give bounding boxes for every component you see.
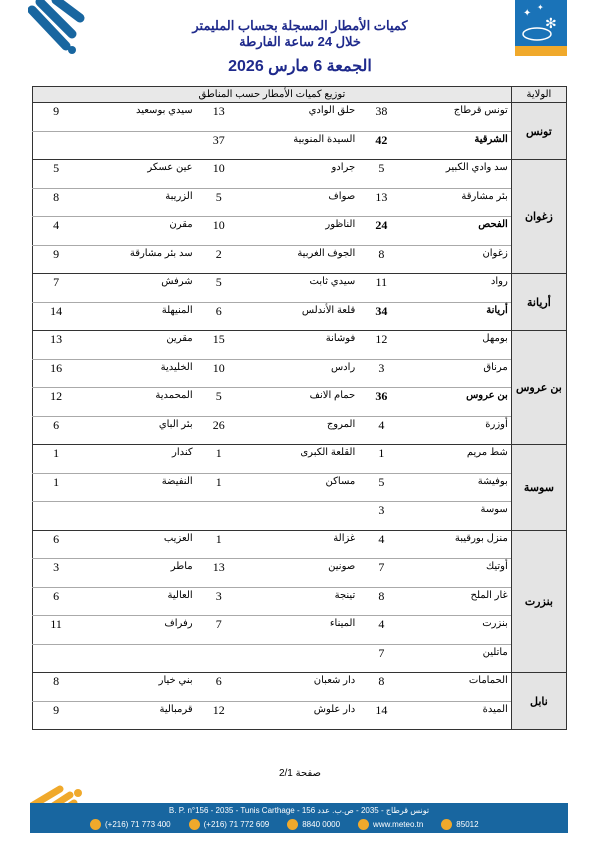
- table-row: أوتيك7صونين13ماطر3: [33, 559, 567, 588]
- station-name: بني خيار: [79, 673, 195, 702]
- station-name: الحمامات: [404, 673, 511, 702]
- station-name: بئر مشارقة: [404, 188, 511, 217]
- rainfall-value: 10: [196, 359, 242, 388]
- phone-icon: [90, 819, 101, 830]
- governorate-cell: زغوان: [511, 160, 566, 274]
- station-name: سيدي ثابت: [242, 274, 358, 303]
- governorate-cell: بنزرت: [511, 530, 566, 673]
- rainfall-value: 5: [358, 473, 404, 502]
- distribution-column-header: توزيع كميات الأمطار حسب المناطق: [33, 87, 512, 103]
- svg-text:✦: ✦: [523, 8, 531, 19]
- rainfall-value: 3: [358, 359, 404, 388]
- station-name: سوسة: [404, 502, 511, 531]
- table-row: غار الملح8تينجة3العالية6: [33, 587, 567, 616]
- rainfall-value: 42: [358, 131, 404, 160]
- rainfall-value: 16: [33, 359, 80, 388]
- rainfall-value: 8: [358, 245, 404, 274]
- station-name: الخليدية: [79, 359, 195, 388]
- contact-hotline: 8840 0000: [287, 819, 340, 830]
- fax-icon: [189, 819, 200, 830]
- station-name: الناظور: [242, 217, 358, 246]
- contact-website[interactable]: www.meteo.tn: [358, 819, 423, 830]
- rainfall-value: 5: [196, 274, 242, 303]
- rainfall-value: 38: [358, 103, 404, 132]
- table-row: سوسةشط مريم1القلعة الكبرى1كندار1: [33, 445, 567, 474]
- station-name: دار شعبان: [242, 673, 358, 702]
- rainfall-value: 12: [33, 388, 80, 417]
- station-name: شرفش: [79, 274, 195, 303]
- station-name: بن عروس: [404, 388, 511, 417]
- station-name: القلعة الكبرى: [242, 445, 358, 474]
- table-row: تونستونس قرطاج38حلق الوادي13سيدي بوسعيد9: [33, 103, 567, 132]
- contact-fax: (+216) 71 772 609: [189, 819, 270, 830]
- rainfall-value: 1: [33, 473, 80, 502]
- governorate-cell: أريانة: [511, 274, 566, 331]
- rainfall-value: 1: [33, 445, 80, 474]
- rainfall-value: 6: [33, 587, 80, 616]
- station-name: قلعة الأندلس: [242, 302, 358, 331]
- rainfall-value: 7: [358, 644, 404, 673]
- governorate-cell: بن عروس: [511, 331, 566, 445]
- rainfall-value: 4: [358, 530, 404, 559]
- station-name: بنزرت: [404, 616, 511, 645]
- rainfall-value: 13: [358, 188, 404, 217]
- document-title: كميات الأمطار المسجلة بحساب المليمتر خلا…: [150, 18, 450, 50]
- table-row: أريانة34قلعة الأندلس6المنيهلة14: [33, 302, 567, 331]
- table-row: سوسة3: [33, 502, 567, 531]
- station-name: كندار: [79, 445, 195, 474]
- table-row: مرناق3رادس10الخليدية16: [33, 359, 567, 388]
- station-name: حمام الانف: [242, 388, 358, 417]
- station-name: الميدة: [404, 701, 511, 730]
- table-row: زغوان8الجوف الغربية2سد بئر مشارقة9: [33, 245, 567, 274]
- rainfall-value: 13: [196, 559, 242, 588]
- station-name: غار الملح: [404, 587, 511, 616]
- rainfall-value: 8: [33, 673, 80, 702]
- station-name: [242, 502, 358, 531]
- station-name: تينجة: [242, 587, 358, 616]
- table-row: أريانةرواد11سيدي ثابت5شرفش7: [33, 274, 567, 303]
- station-name: بئر الباي: [79, 416, 195, 445]
- governorate-cell: تونس: [511, 103, 566, 160]
- station-name: صونين: [242, 559, 358, 588]
- rainfall-value: 15: [196, 331, 242, 360]
- station-name: بوفيشة: [404, 473, 511, 502]
- rainfall-table: الولاية توزيع كميات الأمطار حسب المناطق …: [32, 86, 567, 730]
- station-name: الميناء: [242, 616, 358, 645]
- station-name: مقرين: [79, 331, 195, 360]
- station-name: ماتلين: [404, 644, 511, 673]
- station-name: بومهل: [404, 331, 511, 360]
- rainfall-value: 14: [358, 701, 404, 730]
- rainfall-value: 5: [196, 188, 242, 217]
- rainfall-value: 6: [33, 416, 80, 445]
- rainfall-value: 9: [33, 103, 80, 132]
- rainfall-value: 10: [196, 217, 242, 246]
- rainfall-value: 5: [358, 160, 404, 189]
- station-name: السيدة المنوبية: [242, 131, 358, 160]
- station-name: المروج: [242, 416, 358, 445]
- rainfall-value: 5: [196, 388, 242, 417]
- hotline-icon: [287, 819, 298, 830]
- rainfall-value: 37: [196, 131, 242, 160]
- station-name: أوزرة: [404, 416, 511, 445]
- station-name: غزالة: [242, 530, 358, 559]
- rainfall-value: 3: [33, 559, 80, 588]
- station-name: رواد: [404, 274, 511, 303]
- table-row: بنزرتمنزل بورقيبة4غزالة1العزيب6: [33, 530, 567, 559]
- governorate-column-header: الولاية: [511, 87, 566, 103]
- rainfall-value: [33, 131, 80, 160]
- rainfall-value: 8: [33, 188, 80, 217]
- station-name: جرادو: [242, 160, 358, 189]
- station-name: تونس قرطاج: [404, 103, 511, 132]
- svg-text:✦: ✦: [537, 3, 544, 12]
- report-date: الجمعة 6 مارس 2026: [150, 56, 450, 76]
- table-row: بوفيشة5مساكن1النفيضة1: [33, 473, 567, 502]
- station-name: [242, 644, 358, 673]
- station-name: الشرقية: [404, 131, 511, 160]
- station-name: سد بئر مشارقة: [79, 245, 195, 274]
- station-name: صواف: [242, 188, 358, 217]
- station-name: [79, 644, 195, 673]
- station-name: شط مريم: [404, 445, 511, 474]
- rainfall-value: 26: [196, 416, 242, 445]
- brand-stripes-logo: [28, 0, 88, 56]
- title-line-1: كميات الأمطار المسجلة بحساب المليمتر: [150, 18, 450, 34]
- station-name: رفراف: [79, 616, 195, 645]
- station-name: فوشانة: [242, 331, 358, 360]
- station-name: حلق الوادي: [242, 103, 358, 132]
- rainfall-value: 4: [358, 416, 404, 445]
- inm-logo: ✦✦✻: [515, 0, 567, 56]
- rainfall-value: [33, 502, 80, 531]
- title-line-2: خلال 24 ساعة الفارطة: [150, 34, 450, 50]
- rainfall-value: 7: [196, 616, 242, 645]
- station-name: قرمبالية: [79, 701, 195, 730]
- rainfall-value: 4: [358, 616, 404, 645]
- rainfall-value: 12: [196, 701, 242, 730]
- table-row: الميدة14دار علوش12قرمبالية9: [33, 701, 567, 730]
- table-row: أوزرة4المروج26بئر الباي6: [33, 416, 567, 445]
- station-name: المنيهلة: [79, 302, 195, 331]
- station-name: الزريبة: [79, 188, 195, 217]
- rainfall-value: 11: [33, 616, 80, 645]
- station-name: النفيضة: [79, 473, 195, 502]
- table-row: بن عروسبومهل12فوشانة15مقرين13: [33, 331, 567, 360]
- table-row: بن عروس36حمام الانف5المحمدية12: [33, 388, 567, 417]
- station-name: مساكن: [242, 473, 358, 502]
- station-name: سيدي بوسعيد: [79, 103, 195, 132]
- rainfall-value: 8: [358, 587, 404, 616]
- station-name: عين عسكر: [79, 160, 195, 189]
- station-name: مقرن: [79, 217, 195, 246]
- rainfall-value: 13: [196, 103, 242, 132]
- page-number: صفحة 2/1: [0, 768, 600, 779]
- table-row: الفحص24الناظور10مقرن4: [33, 217, 567, 246]
- rainfall-value: 8: [358, 673, 404, 702]
- rainfall-value: [196, 502, 242, 531]
- station-name: العزيب: [79, 530, 195, 559]
- footer-address: B. P. n°156 - 2035 - Tunis Carthage - تو…: [30, 806, 568, 815]
- rainfall-value: 6: [33, 530, 80, 559]
- contact-phone: (+216) 71 773 400: [90, 819, 171, 830]
- svg-text:✻: ✻: [545, 15, 557, 31]
- station-name: أوتيك: [404, 559, 511, 588]
- table-row: بنزرت4الميناء7رفراف11: [33, 616, 567, 645]
- rainfall-value: 6: [196, 673, 242, 702]
- rainfall-value: 1: [196, 445, 242, 474]
- table-row: ماتلين7: [33, 644, 567, 673]
- station-name: الجوف الغربية: [242, 245, 358, 274]
- contact-sms: 85012: [441, 819, 478, 830]
- governorate-cell: سوسة: [511, 445, 566, 531]
- table-row: نابلالحمامات8دار شعبان6بني خيار8: [33, 673, 567, 702]
- rainfall-value: 13: [33, 331, 80, 360]
- governorate-cell: نابل: [511, 673, 566, 730]
- rainfall-value: 34: [358, 302, 404, 331]
- rainfall-value: 3: [196, 587, 242, 616]
- table-row: بئر مشارقة13صواف5الزريبة8: [33, 188, 567, 217]
- sms-icon: [441, 819, 452, 830]
- rainfall-value: 12: [358, 331, 404, 360]
- station-name: منزل بورقيبة: [404, 530, 511, 559]
- rainfall-value: 24: [358, 217, 404, 246]
- station-name: الفحص: [404, 217, 511, 246]
- station-name: [79, 131, 195, 160]
- station-name: أريانة: [404, 302, 511, 331]
- rainfall-value: 7: [358, 559, 404, 588]
- station-name: دار علوش: [242, 701, 358, 730]
- station-name: المحمدية: [79, 388, 195, 417]
- station-name: [79, 502, 195, 531]
- rainfall-value: 2: [196, 245, 242, 274]
- rainfall-value: [196, 644, 242, 673]
- rainfall-value: 1: [196, 473, 242, 502]
- table-row: الشرقية42السيدة المنوبية37: [33, 131, 567, 160]
- station-name: رادس: [242, 359, 358, 388]
- station-name: سد وادي الكبير: [404, 160, 511, 189]
- rainfall-value: 9: [33, 701, 80, 730]
- table-row: زغوانسد وادي الكبير5جرادو10عين عسكر5: [33, 160, 567, 189]
- rainfall-value: 36: [358, 388, 404, 417]
- rainfall-value: 5: [33, 160, 80, 189]
- rainfall-value: [33, 644, 80, 673]
- rainfall-value: 9: [33, 245, 80, 274]
- rainfall-value: 3: [358, 502, 404, 531]
- rainfall-value: 10: [196, 160, 242, 189]
- rainfall-value: 1: [358, 445, 404, 474]
- footer-contact-bar: B. P. n°156 - 2035 - Tunis Carthage - تو…: [30, 803, 568, 833]
- station-name: مرناق: [404, 359, 511, 388]
- rainfall-value: 4: [33, 217, 80, 246]
- rainfall-value: 6: [196, 302, 242, 331]
- station-name: ماطر: [79, 559, 195, 588]
- rainfall-value: 1: [196, 530, 242, 559]
- globe-icon: [358, 819, 369, 830]
- rainfall-value: 14: [33, 302, 80, 331]
- rainfall-value: 11: [358, 274, 404, 303]
- station-name: العالية: [79, 587, 195, 616]
- rainfall-value: 7: [33, 274, 80, 303]
- station-name: زغوان: [404, 245, 511, 274]
